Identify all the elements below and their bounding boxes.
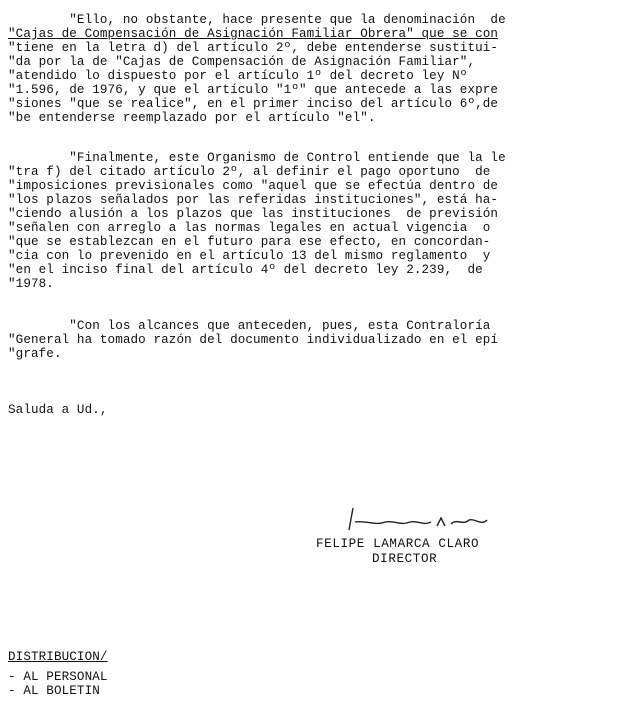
text-line: "los plazos señalados por las referidas … bbox=[8, 193, 498, 207]
text-line: "be entenderse reemplazado por el artícu… bbox=[8, 111, 376, 125]
text-line: "Finalmente, este Organismo de Control e… bbox=[8, 151, 506, 165]
text-line: "señalen con arreglo a las normas legale… bbox=[8, 221, 490, 235]
text-line: "General ha tomado razón del documento i… bbox=[8, 333, 498, 347]
text-line: "imposiciones previsionales como "aquel … bbox=[8, 179, 498, 193]
text-line: "tra f) del citado artículo 2º, al defin… bbox=[8, 165, 490, 179]
text-line: "en el inciso final del artículo 4º del … bbox=[8, 263, 483, 277]
signatory-name: FELIPE LAMARCA CLARO bbox=[316, 537, 479, 551]
text-line: "Ello, no obstante, hace presente que la… bbox=[8, 13, 506, 27]
text-line: "Con los alcances que anteceden, pues, e… bbox=[8, 319, 490, 333]
text-line: "que se establezcan en el futuro para es… bbox=[8, 235, 490, 249]
text-line: "da por la de "Cajas de Compensación de … bbox=[8, 55, 475, 69]
text-line: "siones "que se realice", en el primer i… bbox=[8, 97, 498, 111]
text-line: "Cajas de Compensación de Asignación Fam… bbox=[8, 27, 498, 41]
text-line: "tiene en la letra d) del artículo 2º, d… bbox=[8, 41, 498, 55]
distribution-item: - AL PERSONAL bbox=[8, 670, 108, 684]
signature-icon bbox=[345, 500, 495, 540]
signatory-title: DIRECTOR bbox=[372, 552, 437, 566]
text-line: "grafe. bbox=[8, 347, 62, 361]
distribution-item: - AL BOLETIN bbox=[8, 684, 100, 698]
distribution-heading: DISTRIBUCION/ bbox=[8, 650, 108, 664]
text-line: "1978. bbox=[8, 277, 54, 291]
text-line: "atendido lo dispuesto por el artículo 1… bbox=[8, 69, 467, 83]
closing-salutation: Saluda a Ud., bbox=[8, 403, 108, 417]
text-line: "1.596, de 1976, y que el artículo "1º" … bbox=[8, 83, 498, 97]
text-line: "ciendo alusión a los plazos que las ins… bbox=[8, 207, 498, 221]
text-line: "cia con lo prevenido en el artículo 13 … bbox=[8, 249, 490, 263]
